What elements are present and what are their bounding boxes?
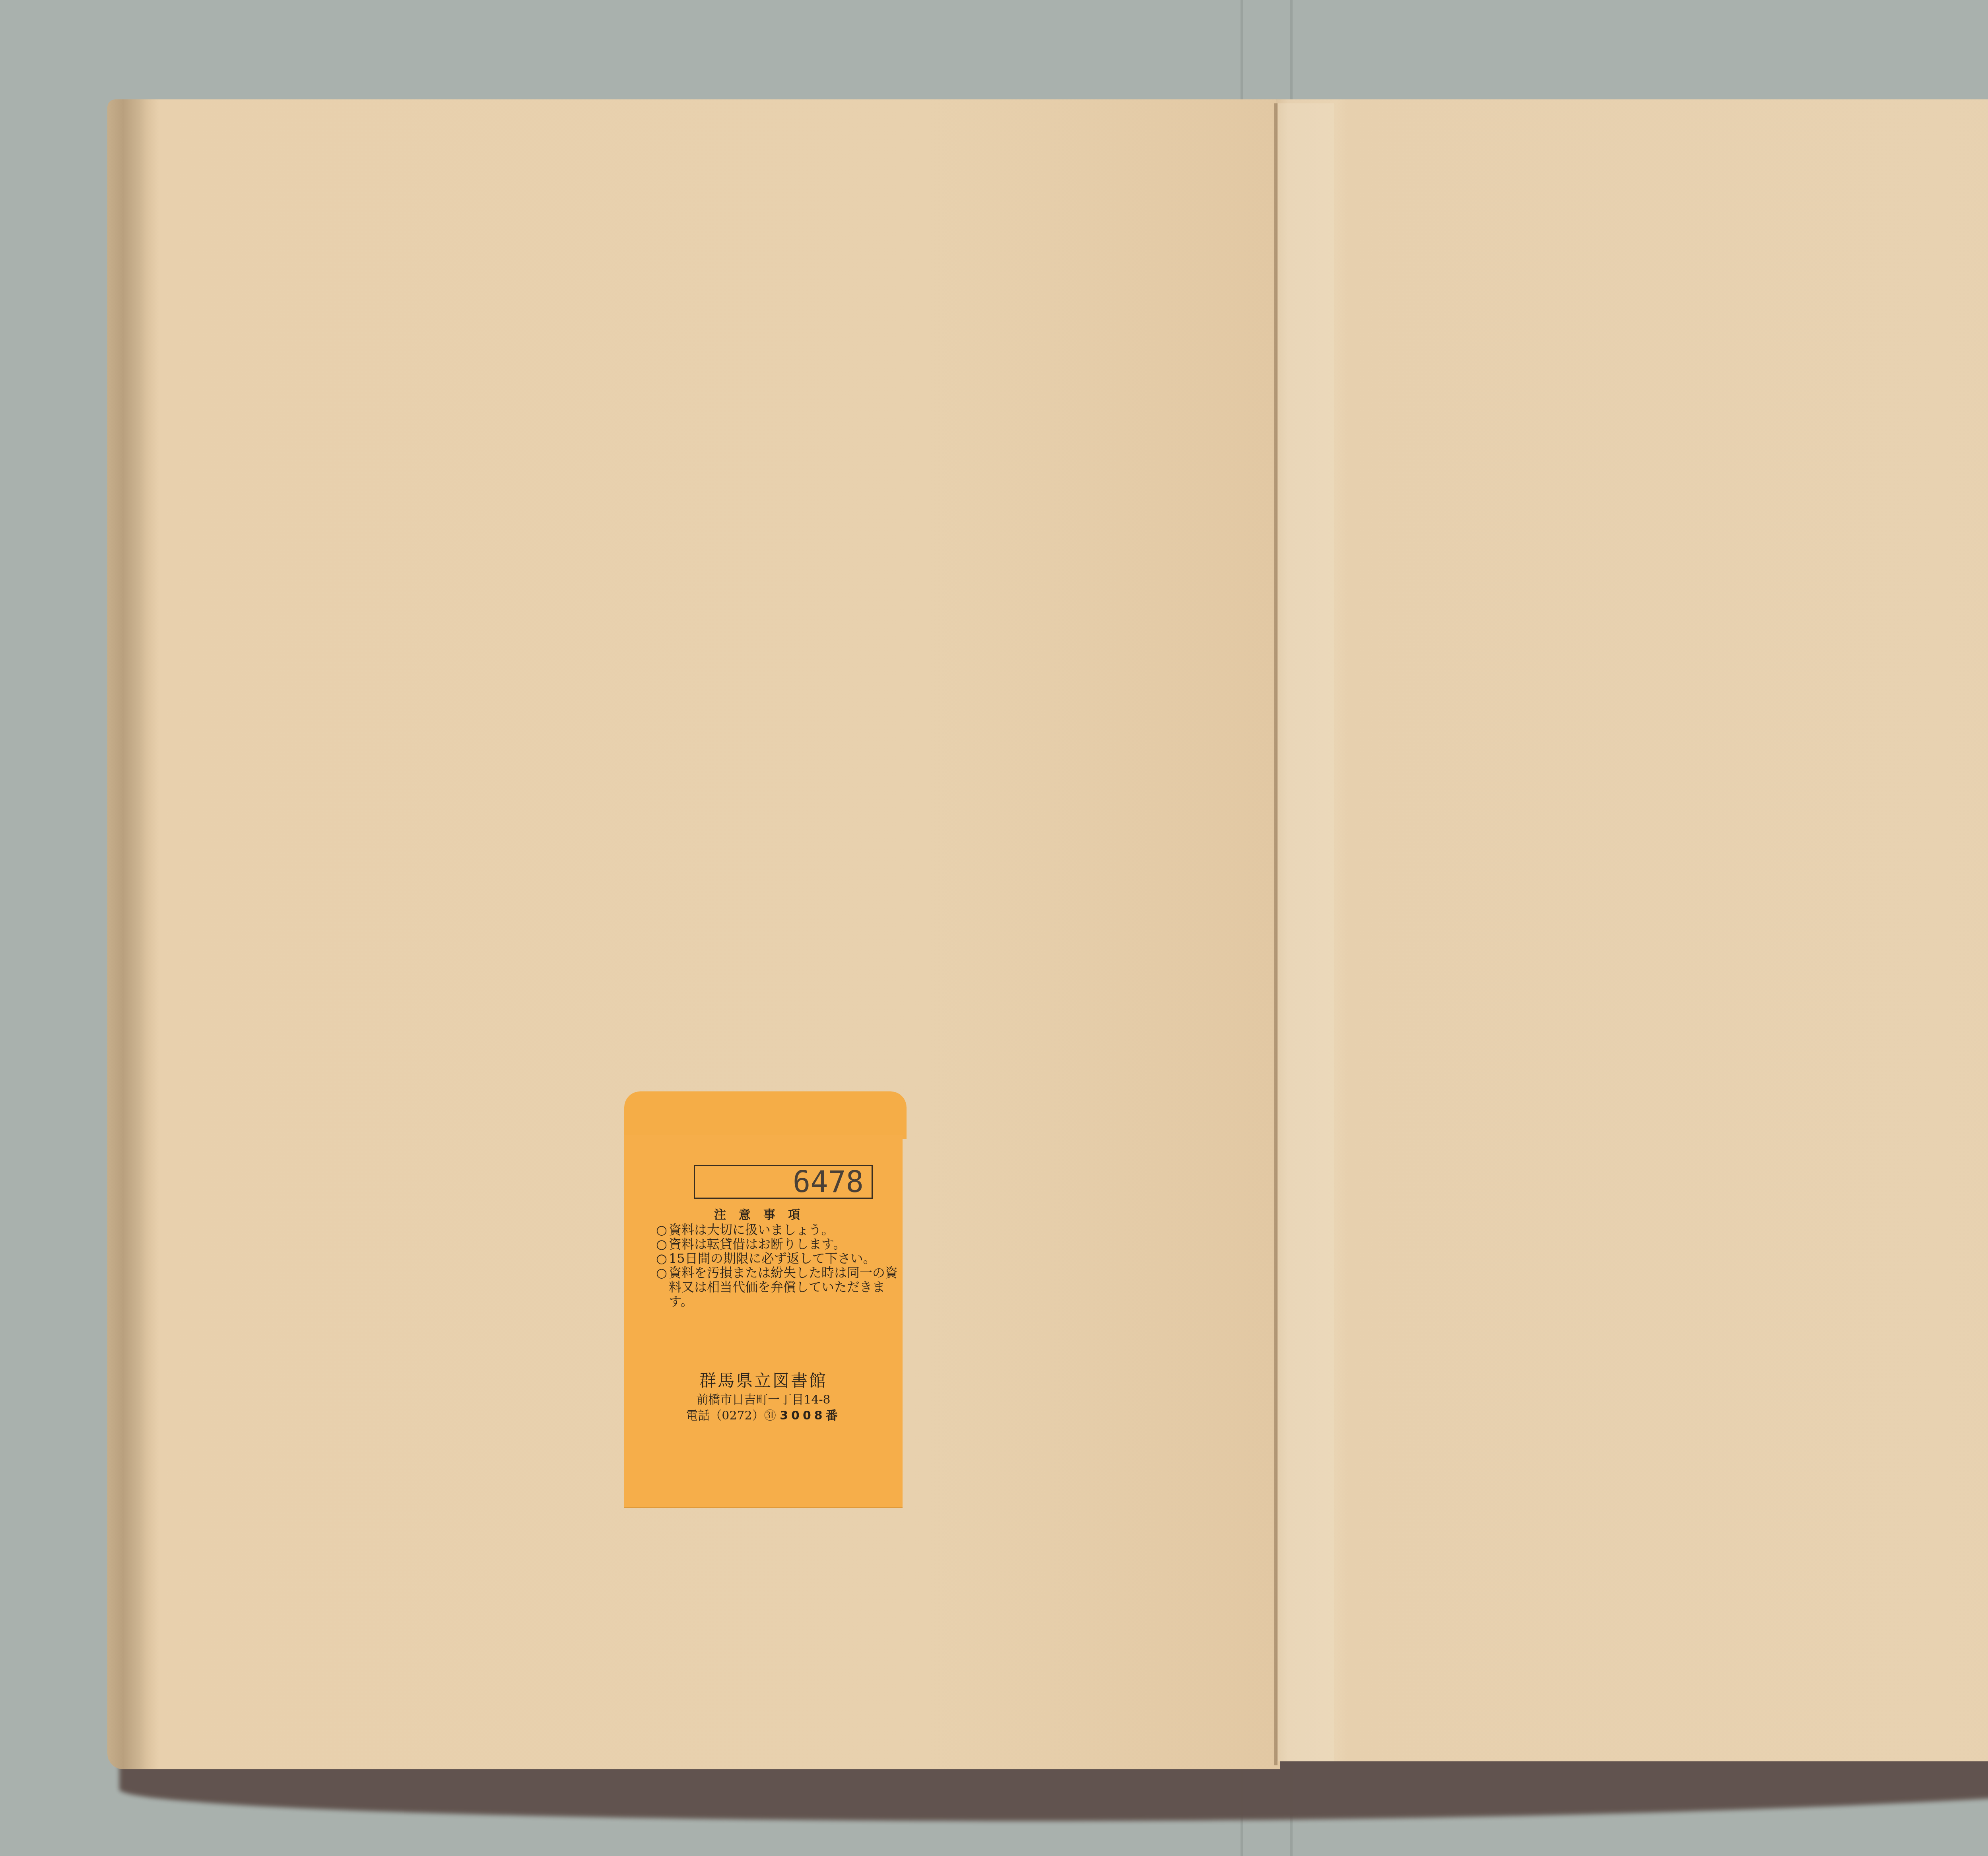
rules-list: ○ 資料は大切に扱いましょう。 ○ 資料は転貸借はお断りします。 ○ 15日間の… — [656, 1223, 903, 1309]
phone-label: 電話（0272）㉛ — [686, 1409, 776, 1423]
library-name: 群馬県立図書館 — [624, 1368, 903, 1392]
rule-item: ○ 資料は転貸借はお断りします。 — [656, 1237, 903, 1251]
circle-bullet-icon: ○ — [656, 1251, 669, 1266]
card-pocket-flap — [624, 1091, 907, 1139]
rule-item: ○ 資料を汚損または紛失した時は同一の資料又は相当代価を弁償していただきます。 — [656, 1266, 903, 1309]
library-card-pocket: 6478 注意事項 ○ 資料は大切に扱いましょう。 ○ 資料は転貸借はお断りしま… — [624, 1135, 903, 1507]
notice-title: 注意事項 — [624, 1205, 903, 1222]
book-gutter — [1274, 103, 1277, 1765]
rule-text: 資料を汚損または紛失した時は同一の資料又は相当代価を弁償していただきます。 — [669, 1266, 903, 1309]
right-page — [1276, 99, 1988, 1761]
rule-item: ○ 15日間の期限に必ず返して下さい。 — [656, 1251, 903, 1266]
circle-bullet-icon: ○ — [656, 1266, 669, 1309]
phone-number: 3008番 — [780, 1409, 841, 1423]
library-address: 前橋市日吉町一丁目14-8 — [624, 1390, 903, 1407]
rule-text: 資料は転貸借はお断りします。 — [669, 1237, 846, 1251]
rule-item: ○ 資料は大切に扱いましょう。 — [656, 1223, 903, 1237]
rule-text: 資料は大切に扱いましょう。 — [669, 1223, 834, 1237]
circle-bullet-icon: ○ — [656, 1223, 669, 1237]
left-page — [107, 99, 1280, 1769]
binding-guard-strip — [1278, 103, 1334, 1761]
call-number-box: 6478 — [694, 1165, 873, 1199]
rule-text: 15日間の期限に必ず返して下さい。 — [669, 1251, 876, 1266]
circle-bullet-icon: ○ — [656, 1237, 669, 1251]
library-phone: 電話（0272）㉛ 3008番 — [624, 1406, 903, 1423]
